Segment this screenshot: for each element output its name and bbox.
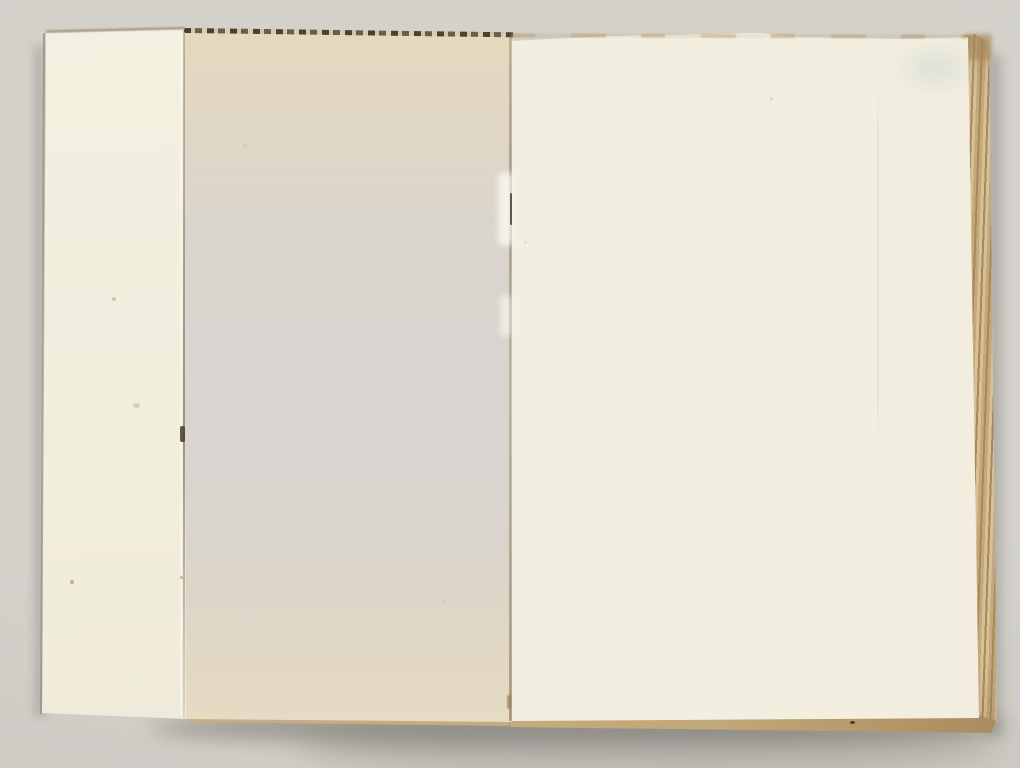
- photograph-of-open-book: [0, 0, 1020, 768]
- foxing-layer: [0, 0, 1020, 768]
- smudge-mark: [133, 403, 140, 408]
- foxing-speck: [112, 297, 116, 301]
- foxing-speck: [770, 97, 773, 100]
- foxing-speck: [70, 580, 74, 584]
- foxing-speck: [243, 143, 247, 147]
- open-book: [0, 0, 1020, 768]
- foxing-speck: [443, 600, 446, 603]
- foxing-speck: [524, 241, 527, 244]
- dark-speck: [850, 721, 855, 724]
- foxing-speck: [180, 576, 183, 579]
